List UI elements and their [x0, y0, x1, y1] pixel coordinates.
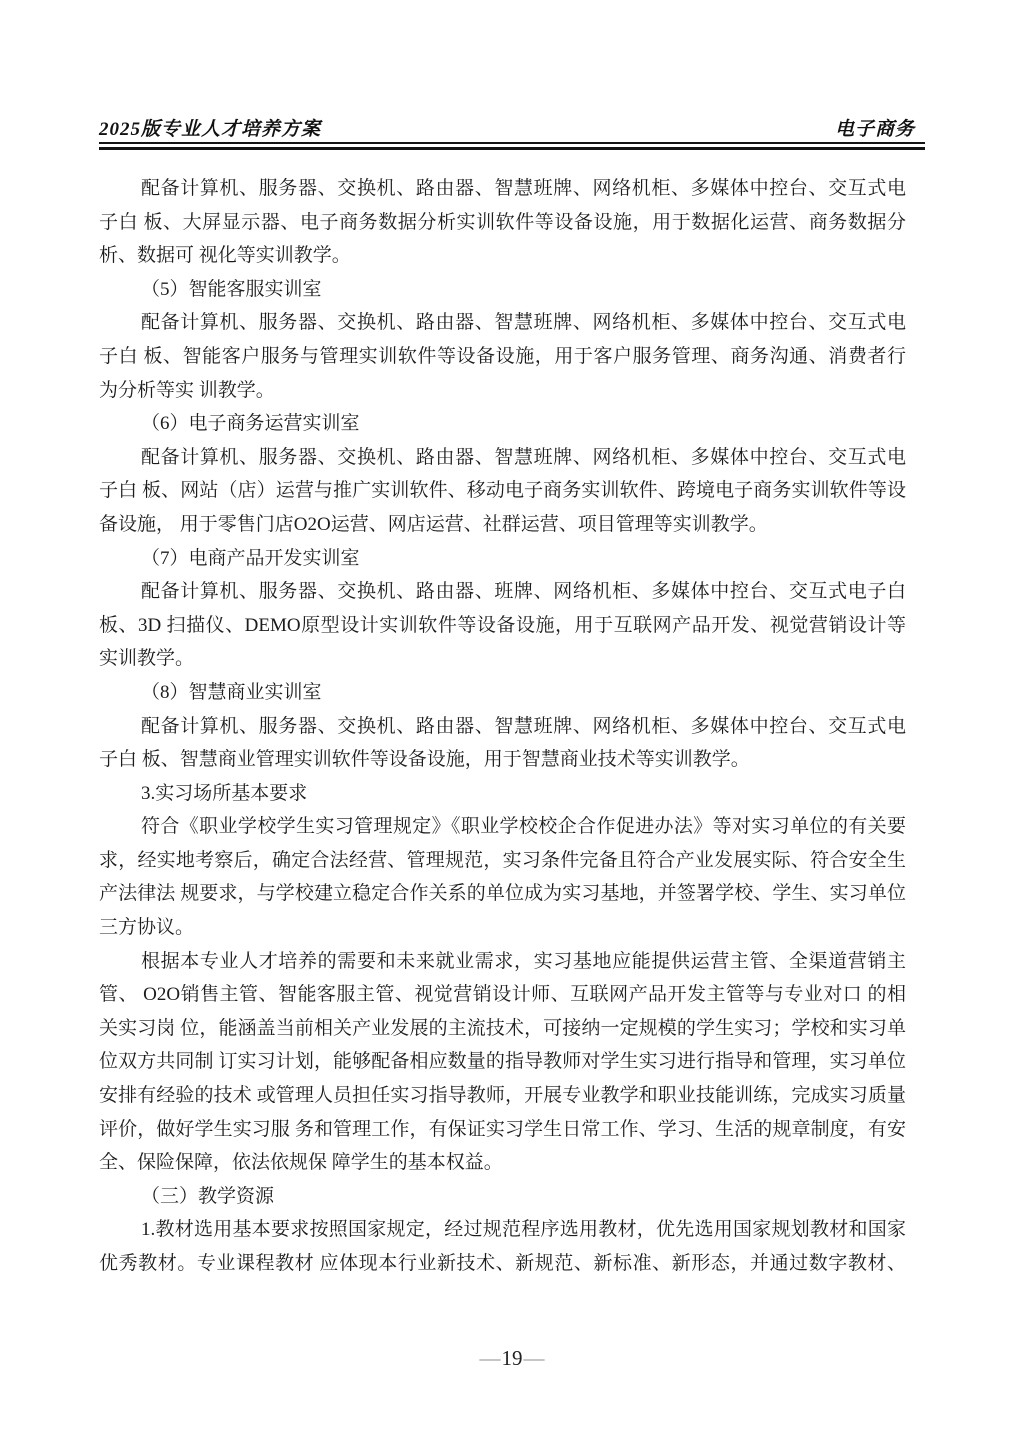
page-number-right-dash: — — [524, 1346, 545, 1370]
text-line: 产法律法 规要求，与学校建立稳定合作关系的单位成为实习基地，并签署学校、学生、实… — [99, 877, 906, 911]
text-line: 子白 板、大屏显示器、电子商务数据分析实训软件等设备设施，用于数据化运营、商务数… — [99, 206, 906, 240]
page-header: 2025版专业人才培养方案 电子商务 — [99, 114, 915, 141]
header-left-title: 2025版专业人才培养方案 — [99, 114, 321, 141]
text-line: 实训教学。 — [99, 642, 906, 676]
text-line: 安排有经验的技术 或管理人员担任实习指导教师，开展专业教学和职业技能训练，完成实… — [99, 1079, 906, 1113]
text-line: 求，经实地考察后，确定合法经营、管理规范，实习条件完备且符合产业发展实际、符合安… — [99, 844, 906, 878]
text-line: 备设施， 用于零售门店O2O运营、网店运营、社群运营、项目管理等实训教学。 — [99, 508, 906, 542]
text-line: （三）教学资源 — [99, 1180, 906, 1214]
text-line: 管、 O2O销售主管、智能客服主管、视觉营销设计师、互联网产品开发主管等与专业对… — [99, 978, 906, 1012]
text-line: 全、保险保障，依法依规保 障学生的基本权益。 — [99, 1146, 906, 1180]
page-number-left-dash: — — [480, 1346, 501, 1370]
text-line: 配备计算机、服务器、交换机、路由器、智慧班牌、网络机柜、多媒体中控台、交互式电 — [99, 172, 906, 206]
header-right-title: 电子商务 — [835, 114, 915, 141]
text-line: 位双方共同制 订实习计划，能够配备相应数量的指导教师对学生实习进行指导和管理，实… — [99, 1045, 906, 1079]
text-line: 板、3D 扫描仪、DEMO原型设计实训软件等设备设施，用于互联网产品开发、视觉营… — [99, 609, 906, 643]
text-line: 配备计算机、服务器、交换机、路由器、智慧班牌、网络机柜、多媒体中控台、交互式电 — [99, 306, 906, 340]
text-line: 为分析等实 训教学。 — [99, 374, 906, 408]
text-line: （7）电商产品开发实训室 — [99, 542, 906, 576]
text-line: 根据本专业人才培养的需要和未来就业需求，实习基地应能提供运营主管、全渠道营销主 — [99, 945, 906, 979]
text-line: 优秀教材。专业课程教材 应体现本行业新技术、新规范、新标准、新形态，并通过数字教… — [99, 1247, 906, 1281]
text-line: 配备计算机、服务器、交换机、路由器、班牌、网络机柜、多媒体中控台、交互式电子白 — [99, 575, 906, 609]
page-footer: —19— — [0, 1346, 1024, 1371]
text-line: 评价，做好学生实习服 务和管理工作，有保证实习学生日常工作、学习、生活的规章制度… — [99, 1113, 906, 1147]
text-line: 符合《职业学校学生实习管理规定》《职业学校校企合作促进办法》等对实习单位的有关要 — [99, 810, 906, 844]
text-line: （5）智能客服实训室 — [99, 273, 906, 307]
text-line: 配备计算机、服务器、交换机、路由器、智慧班牌、网络机柜、多媒体中控台、交互式电 — [99, 710, 906, 744]
text-line: 3.实习场所基本要求 — [99, 777, 906, 811]
text-line: 析、数据可 视化等实训教学。 — [99, 239, 906, 273]
text-line: （8）智慧商业实训室 — [99, 676, 906, 710]
text-line: 子白 板、智能客户服务与管理实训软件等设备设施，用于客户服务管理、商务沟通、消费… — [99, 340, 906, 374]
text-line: 三方协议。 — [99, 911, 906, 945]
document-body: 配备计算机、服务器、交换机、路由器、智慧班牌、网络机柜、多媒体中控台、交互式电子… — [99, 172, 906, 1281]
text-line: 子白 板、网站（店）运营与推广实训软件、移动电子商务实训软件、跨境电子商务实训软… — [99, 474, 906, 508]
header-divider-rule — [99, 142, 925, 150]
page-number: 19 — [501, 1346, 524, 1370]
text-line: （6）电子商务运营实训室 — [99, 407, 906, 441]
text-line: 1.教材选用基本要求按照国家规定，经过规范程序选用教材，优先选用国家规划教材和国… — [99, 1213, 906, 1247]
text-line: 子白 板、智慧商业管理实训软件等设备设施，用于智慧商业技术等实训教学。 — [99, 743, 906, 777]
text-line: 关实习岗 位，能涵盖当前相关产业发展的主流技术，可接纳一定规模的学生实习；学校和… — [99, 1012, 906, 1046]
document-page: 2025版专业人才培养方案 电子商务 配备计算机、服务器、交换机、路由器、智慧班… — [0, 0, 1024, 1448]
text-line: 配备计算机、服务器、交换机、路由器、智慧班牌、网络机柜、多媒体中控台、交互式电 — [99, 441, 906, 475]
